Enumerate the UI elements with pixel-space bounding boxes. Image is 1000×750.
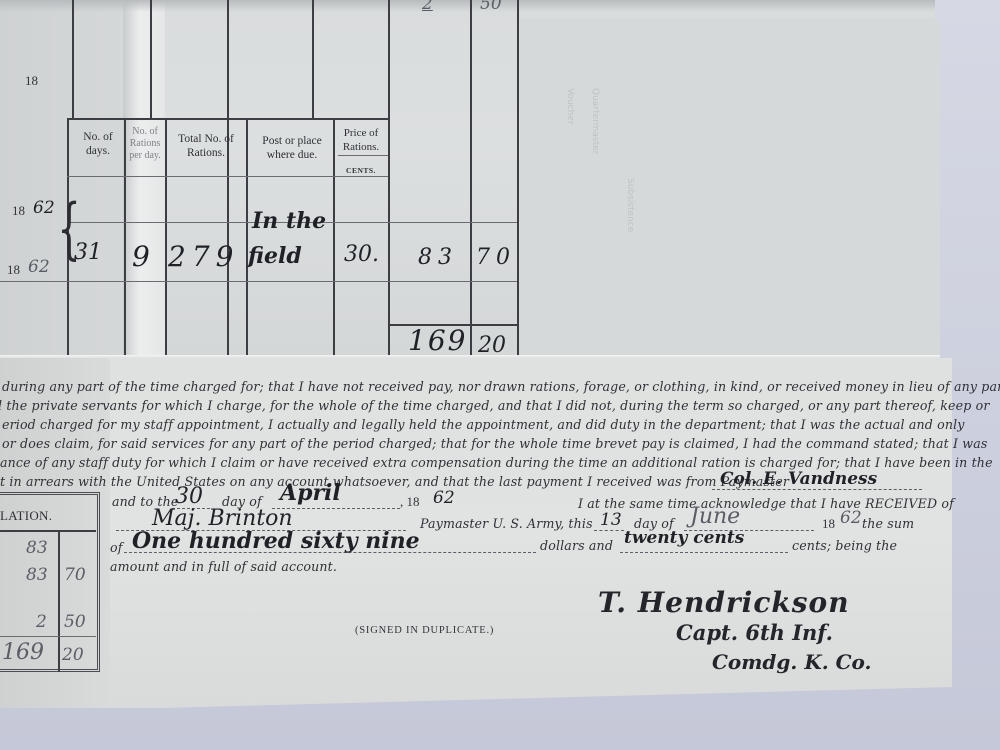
- signature-name: T. Hendrickson: [598, 586, 850, 619]
- received-year: 62: [840, 508, 862, 528]
- the-sum-label: the sum: [862, 516, 914, 531]
- cents-label: cents; being the: [792, 538, 897, 553]
- date-month: April: [280, 480, 341, 506]
- cert-line-1: during any part of the time charged for;…: [2, 379, 1000, 394]
- dollars-amount-words: One hundred sixty nine: [132, 528, 420, 554]
- cert-line-5: ance of any staff duty for which I claim…: [0, 455, 993, 470]
- upper-dollars: 2: [422, 0, 433, 14]
- date-year-prefix: , 18: [400, 494, 420, 510]
- header-price: Price of Rations.: [334, 126, 388, 154]
- received-year-prefix: 18: [822, 516, 835, 532]
- rule: [0, 530, 96, 532]
- rule: [150, 0, 152, 120]
- from-year-prefix: 18: [12, 203, 25, 219]
- cert-line-4: or does claim, for said services for any…: [2, 436, 988, 451]
- signature-rank: Capt. 6th Inf.: [676, 620, 833, 645]
- post-line2: field: [248, 243, 302, 269]
- rations-per-day-value: 9: [132, 240, 150, 273]
- cert-line-2: l the private servants for which I charg…: [0, 398, 989, 413]
- received-day-blank: [594, 530, 624, 531]
- header-post: Post or place where due.: [250, 134, 334, 162]
- rule: [0, 636, 96, 637]
- signed-in-duplicate: (SIGNED IN DUPLICATE.): [355, 625, 494, 636]
- recap-total-dollars: 169: [2, 640, 44, 665]
- header-rations-per-day: No. of Rations per day.: [124, 126, 166, 162]
- blank-panel: Quartermaster Voucher Subsistence: [520, 18, 940, 358]
- last-paymaster-blank: [712, 489, 922, 490]
- bleed-through-text: Quartermaster: [590, 88, 600, 154]
- rule: [246, 120, 248, 358]
- rule: [227, 0, 229, 358]
- rule: [388, 0, 390, 358]
- price-value: 30.: [344, 242, 379, 267]
- total-dollars: 169: [408, 324, 467, 357]
- amount-cents: 70: [476, 245, 516, 270]
- post-line1: In the: [252, 208, 326, 234]
- recapitulation-title: LATION.: [0, 508, 52, 524]
- flap-shadow: [0, 0, 935, 12]
- cents-amount-words: twenty cents: [624, 528, 744, 548]
- recap-row-2-dollars: 83: [26, 565, 48, 585]
- cert-line-6: t in arrears with the United States on a…: [0, 474, 789, 489]
- recap-row-1-dollars: 83: [26, 538, 48, 558]
- rule: [0, 281, 517, 282]
- cents-blank: [620, 552, 788, 553]
- amount-dollars: 83: [418, 245, 458, 270]
- upper-page: Quartermaster Voucher Subsistence: [0, 0, 935, 358]
- upper-cents: 50: [480, 0, 502, 14]
- signature-command: Comdg. K. Co.: [712, 650, 872, 674]
- recap-total-cents: 20: [62, 645, 84, 665]
- last-paymaster: Col. E. Vandness: [720, 469, 877, 489]
- year-prefix: 18: [25, 73, 38, 89]
- rule: [67, 118, 388, 120]
- rule: [312, 0, 314, 120]
- header-days: No. of days.: [72, 130, 124, 158]
- to-year-prefix: 18: [7, 262, 20, 278]
- cert-line-3: eriod charged for my staff appointment, …: [2, 417, 965, 432]
- closing-line: amount and in full of said account.: [110, 559, 337, 574]
- received-day: 13: [600, 510, 622, 530]
- from-year: 62: [33, 198, 55, 218]
- rule: [72, 0, 74, 120]
- dollars-label: dollars and: [540, 538, 613, 553]
- left-strip: [0, 0, 130, 358]
- fold-highlight: [123, 0, 165, 358]
- recap-row-2-cents: 70: [64, 565, 86, 585]
- rule: [338, 155, 388, 156]
- rule: [517, 0, 519, 358]
- recap-row-3-cents: 50: [64, 612, 86, 632]
- header-total-rations: Total No. of Rations.: [166, 132, 246, 160]
- header-price-unit: CENTS.: [334, 164, 388, 178]
- of-label: of: [110, 540, 123, 555]
- received-month: June: [690, 504, 740, 529]
- total-rations-value: 279: [168, 240, 239, 273]
- days-value: 31: [74, 240, 102, 265]
- rule: [58, 532, 60, 672]
- paymaster-label: Paymaster U. S. Army, this: [420, 516, 593, 531]
- acknowledge-text: I at the same time acknowledge that I ha…: [578, 496, 954, 511]
- recap-row-3-dollars: 2: [36, 612, 47, 632]
- bleed-through-text: Subsistence: [625, 178, 635, 232]
- bleed-through-text: Voucher: [565, 88, 575, 125]
- to-year: 62: [28, 257, 50, 277]
- rule: [470, 0, 472, 358]
- date-year: 62: [433, 488, 455, 508]
